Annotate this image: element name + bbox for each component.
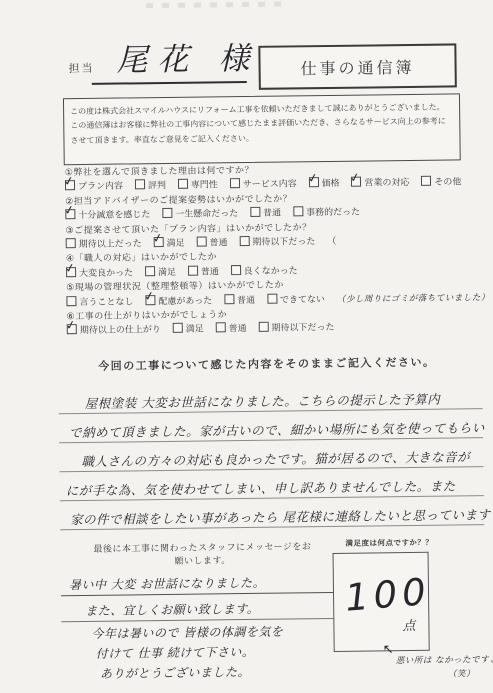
checkbox-icon: ✓ [224, 294, 234, 304]
survey-option: ✓普通 [250, 209, 281, 219]
arrow-up-left-icon: ↖ [383, 642, 395, 657]
checkbox-icon: ✓ [145, 266, 155, 276]
score-question-label: 満足度は何点ですか？？ [345, 537, 433, 549]
question-text: ご提案させて頂いた「プラン内容」はいかがでしたか？ [74, 223, 312, 236]
checkbox-icon: ✓ [309, 178, 319, 188]
checkbox-icon: ✓ [196, 237, 206, 247]
option-label: 配慮があった [158, 296, 212, 307]
option-label: できてない [280, 295, 325, 306]
handwritten-comment-line: 屋根塗装 大変お世話になりました。こちらの提示した予算内 [85, 390, 441, 412]
survey-option: ✓期待以上の仕上がり [67, 326, 161, 337]
open-paren: （ [327, 237, 336, 247]
survey-option: ✓満足 [154, 239, 185, 249]
survey-option: ✓十分誠意を感じた [65, 210, 150, 221]
form-title-box: 仕事の通信簿 [258, 43, 457, 89]
assignee-underline [92, 81, 247, 85]
checkbox-icon: ✓ [267, 293, 277, 303]
checkbox-icon: ✓ [215, 323, 225, 333]
survey-option: ✓配慮があった [145, 296, 212, 307]
survey-option: ✓普通 [216, 324, 247, 334]
checkbox-icon: ✓ [421, 176, 431, 186]
survey-option: ✓サービス内容 [230, 180, 297, 191]
question-number: ⑤ [66, 283, 75, 293]
survey-option: ✓期待以下だった [239, 237, 315, 248]
assignee-name-handwritten: 尾花 様 [116, 33, 259, 80]
question-text: 担当アドバイザーのご提案姿勢はいかがでしたか？ [74, 194, 292, 207]
survey-option: ✓普通 [224, 296, 255, 306]
option-label: プラン内容 [78, 182, 123, 193]
form-title: 仕事の通信簿 [300, 54, 414, 78]
question-text: 工事の仕上がりはいかがでしょうか [75, 310, 227, 322]
checkbox-icon: ✓ [66, 238, 76, 248]
checkbox-icon: ✓ [293, 207, 303, 217]
checkbox-icon: ✓ [162, 208, 172, 218]
survey-option: ✓期待以上だった [66, 239, 142, 250]
checkbox-icon: ✓ [230, 178, 240, 188]
checkbox-icon: ✓ [154, 237, 164, 247]
checkbox-icon: ✓ [65, 180, 75, 190]
option-label: 普通 [209, 238, 227, 248]
survey-section: ①弊社を選んで頂きました理由は何ですか？ ✓プラン内容 ✓評判 ✓専門性 ✓サー… [65, 161, 479, 339]
survey-option: ✓事務的だった [293, 208, 360, 219]
question-text: 「職人の対応」はいかがでしたか [74, 253, 217, 265]
handwritten-score-unit: 点 [402, 615, 416, 634]
option-label: 良くなかった [244, 266, 298, 277]
option-label: 営業の対応 [364, 178, 409, 189]
staff-message-section: 最後に本工事に関わったスタッフにメッセージをお 願いします。 暑い中 大変 お世… [60, 541, 346, 683]
question-text: 現場の管理状況（整理整頓等）はいかがでしたか [75, 281, 284, 294]
survey-option: ✓普通 [188, 267, 219, 277]
option-label: 言うことなし [79, 297, 133, 308]
option-label: 普通 [263, 209, 281, 219]
survey-question-6: ⑥工事の仕上がりはいかがでしょうか ✓期待以上の仕上がり ✓満足 ✓普通 ✓期待… [67, 305, 479, 339]
handwritten-message-line: 暑い中 大変 お世話になりました。 [61, 567, 345, 596]
intro-box: この度は株式会社スマイルハウスにリフォーム工事を依頼いただきまして誠にありがとう… [63, 93, 461, 165]
checkbox-icon: ✓ [66, 267, 76, 277]
option-label: 十分誠意を感じた [78, 210, 150, 221]
freeform-comments: 屋根塗装 大変お世話になりました。こちらの提示した予算内 で納めて頂きました。家… [58, 380, 484, 530]
option-label: 事務的だった [306, 208, 360, 219]
option-label: 大変良かった [79, 268, 133, 279]
handwritten-message-line: ありがとうございました。 [62, 660, 346, 683]
option-label: 満足 [167, 239, 185, 249]
question-text: 弊社を選んで頂きました理由は何ですか？ [73, 166, 254, 178]
survey-option: ✓できてない [267, 295, 325, 306]
survey-option: ✓期待以下だった [258, 323, 334, 334]
survey-question-1: ①弊社を選んで頂きました理由は何ですか？ ✓プラン内容 ✓評判 ✓専門性 ✓サー… [65, 161, 477, 195]
handwritten-score-note-laugh: （笑） [448, 667, 475, 679]
checkbox-icon: ✓ [173, 323, 183, 333]
checkbox-icon: ✓ [135, 180, 145, 190]
check-icon: ✓ [306, 171, 319, 187]
question-number: ③ [66, 226, 75, 236]
scanned-form-sheet: 担当 尾花 様 仕事の通信簿 この度は株式会社スマイルハウスにリフォーム工事を依… [0, 0, 493, 693]
handwritten-comment-line: 家の件で相談をしたい事があったら 尾花様に連絡したいと思っています [70, 505, 491, 528]
option-label: 期待以下だった [271, 323, 334, 334]
handwritten-score-note: 悪い所は なかったですよ [396, 653, 493, 666]
handwritten-comment-line: にが手な為、気を使わせてしまい、申し訳ありませんでした。また [66, 476, 456, 499]
handwritten-note: （少し周りにゴミが落ちていました） [337, 293, 490, 305]
assignee-label: 担当 [68, 60, 94, 76]
option-label: 評判 [148, 181, 166, 191]
survey-option: ✓プラン内容 [65, 182, 123, 193]
option-label: 普通 [229, 324, 247, 334]
checkbox-icon: ✓ [258, 322, 268, 332]
checkbox-icon: ✓ [67, 325, 77, 335]
checkbox-icon: ✓ [145, 295, 155, 305]
survey-option: ✓言うことなし [66, 297, 133, 308]
option-label: 期待以上の仕上がり [80, 326, 161, 337]
option-label: 満足 [186, 325, 204, 335]
option-label: 専門性 [191, 181, 218, 191]
handwritten-message-line: また、宜しくお願い致します。 [61, 593, 345, 622]
handwritten-comment-line: で納めて頂きました。家が古いので、細かい場所にも気を使ってもらい [69, 418, 485, 441]
checkbox-icon: ✓ [250, 207, 260, 217]
survey-option: ✓普通 [196, 238, 227, 248]
option-label: 期待以上だった [79, 239, 142, 250]
survey-option: ✓専門性 [178, 181, 218, 191]
option-label: 普通 [237, 296, 255, 306]
checkbox-icon: ✓ [178, 179, 188, 189]
score-box: 100 点 [333, 552, 430, 652]
survey-option: ✓大変良かった [66, 268, 133, 279]
freeform-heading: 今回の工事について感じた内容をそのままご記入ください。 [98, 354, 435, 374]
survey-option: ✓満足 [173, 325, 204, 335]
option-label: 価格 [322, 179, 340, 189]
checkbox-icon: ✓ [231, 265, 241, 275]
option-label: 期待以下だった [252, 237, 315, 248]
checkbox-icon: ✓ [65, 209, 75, 219]
option-label: 普通 [201, 267, 219, 277]
option-label: 一生懸命だった [175, 209, 238, 220]
survey-option: ✓営業の対応 [351, 178, 409, 189]
ruled-line: 家の件で相談をしたい事があったら 尾花様に連絡したいと思っています [60, 496, 484, 530]
survey-option: ✓満足 [145, 268, 176, 278]
handwritten-comment-line: 職人さんの方々の対応も良かったです。猫が居るので、大きな音が [81, 447, 470, 470]
option-label: サービス内容 [243, 180, 297, 191]
scan-artifact [146, 1, 286, 8]
option-label: その他 [434, 178, 461, 188]
handwritten-score-value: 100 [343, 570, 432, 620]
checkbox-icon: ✓ [188, 265, 198, 275]
survey-option: ✓評判 [135, 181, 166, 191]
survey-option: ✓価格 [309, 179, 340, 189]
checkbox-icon: ✓ [66, 296, 76, 306]
checkbox-icon: ✓ [351, 177, 361, 187]
survey-question-5: ⑤現場の管理状況（整理整頓等）はいかがでしたか ✓言うことなし ✓配慮があった … [66, 276, 478, 310]
survey-option: ✓良くなかった [231, 266, 298, 277]
survey-option: ✓その他 [421, 178, 461, 188]
checkbox-icon: ✓ [239, 236, 249, 246]
option-label: 満足 [158, 268, 176, 278]
survey-option: ✓一生懸命だった [162, 209, 238, 220]
